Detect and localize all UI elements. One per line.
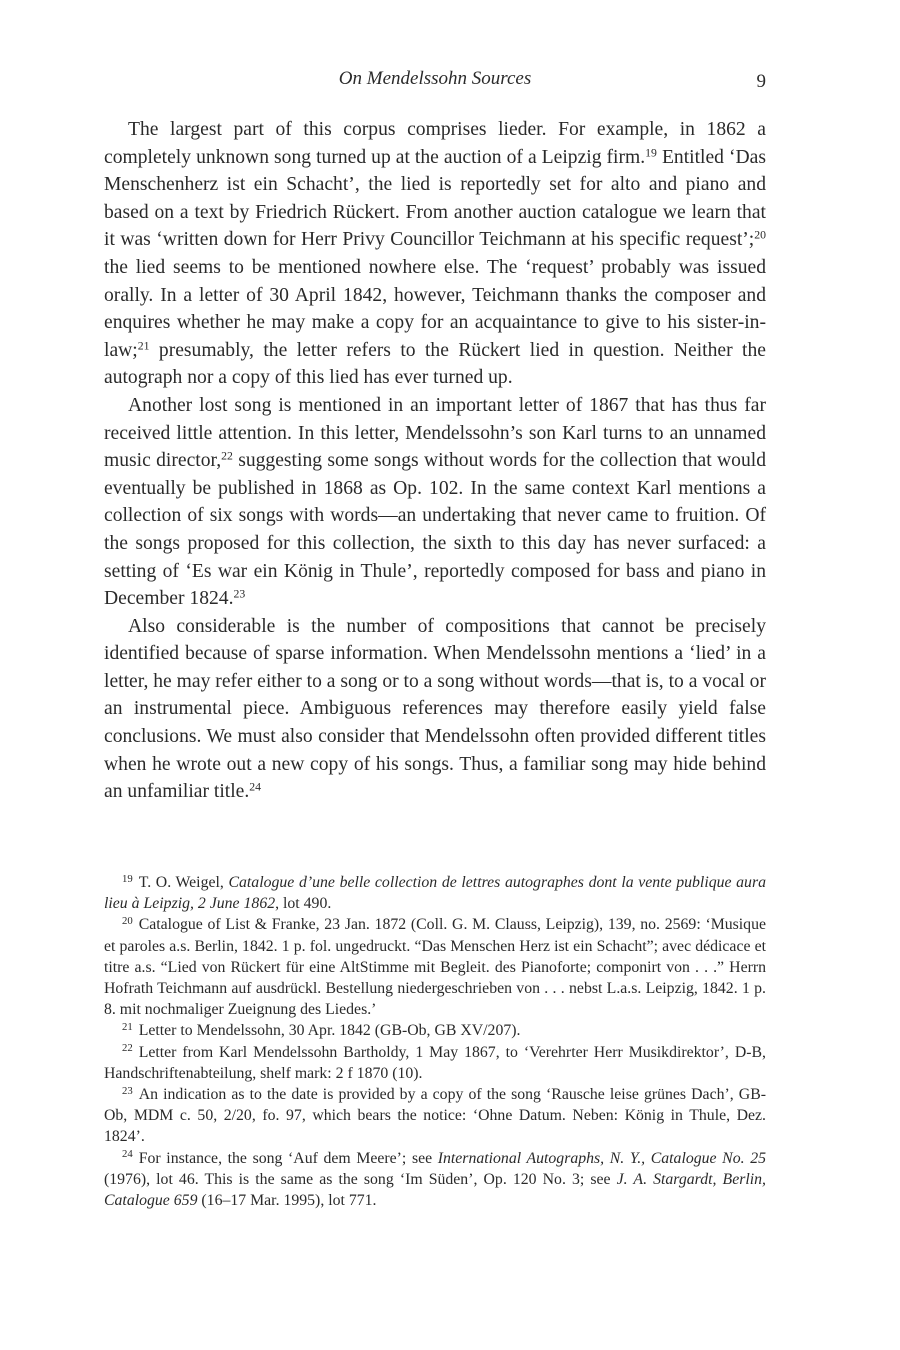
footnote-ref[interactable]: 22 (221, 450, 233, 463)
footnote-number: 23 (122, 1085, 133, 1097)
footnote-number: 19 (122, 873, 133, 885)
footnote: 24For instance, the song ‘Auf dem Meere’… (104, 1148, 766, 1212)
italic-title: International Autographs, N. Y., Catalog… (438, 1150, 766, 1167)
paragraph: Also considerable is the number of compo… (104, 613, 766, 806)
footnote-ref[interactable]: 24 (249, 781, 261, 794)
footnote-number: 22 (122, 1042, 133, 1054)
footnote: 23An indication as to the date is provid… (104, 1084, 766, 1148)
paragraph: Another lost song is mentioned in an imp… (104, 392, 766, 613)
footnote: 20Catalogue of List & Franke, 23 Jan. 18… (104, 914, 766, 1020)
footnote-number: 24 (122, 1148, 133, 1160)
footnote-ref[interactable]: 20 (754, 229, 766, 242)
body-text: The largest part of this corpus comprise… (104, 116, 766, 806)
footnote-number: 20 (122, 915, 133, 927)
page-number: 9 (757, 71, 767, 93)
paragraph: The largest part of this corpus comprise… (104, 116, 766, 392)
running-head: On Mendelssohn Sources (104, 68, 766, 90)
footnote: 22Letter from Karl Mendelssohn Bartholdy… (104, 1042, 766, 1084)
page-header: On Mendelssohn Sources 9 (104, 68, 766, 96)
footnote-ref[interactable]: 21 (138, 339, 150, 352)
footnote-number: 21 (122, 1021, 133, 1033)
footnote: 19T. O. Weigel, Catalogue d’une belle co… (104, 872, 766, 914)
footnote-ref[interactable]: 23 (233, 588, 245, 601)
footnotes: 19T. O. Weigel, Catalogue d’une belle co… (104, 872, 766, 1211)
footnote-ref[interactable]: 19 (645, 146, 657, 159)
italic-title: J. A. Stargardt, Berlin, Catalogue 659 (104, 1171, 766, 1209)
footnote: 21Letter to Mendelssohn, 30 Apr. 1842 (G… (104, 1020, 766, 1041)
italic-title: Catalogue d’une belle collection de lett… (104, 874, 766, 912)
